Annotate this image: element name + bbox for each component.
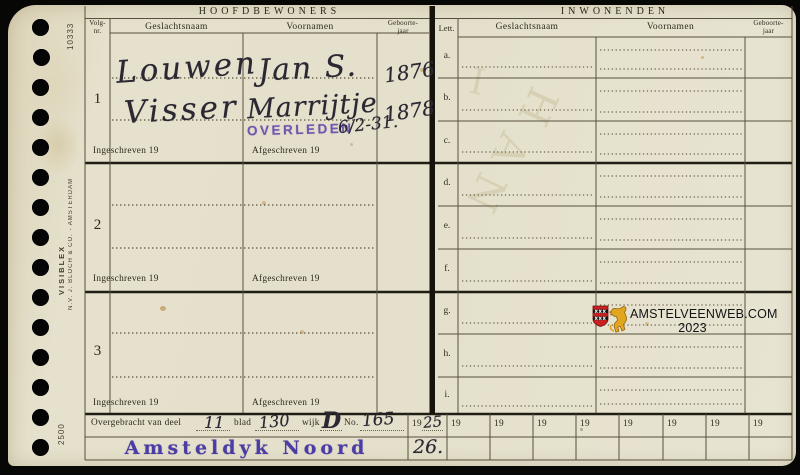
blad-label: blad bbox=[234, 418, 251, 428]
year-cell: 19 bbox=[580, 419, 590, 429]
ingeschreven-text: Ingeschreven 19 bbox=[93, 146, 159, 156]
site-watermark-year: 2023 bbox=[630, 321, 755, 335]
row-letter-b: b. bbox=[437, 93, 457, 103]
handwritten-no: 165 bbox=[361, 409, 395, 431]
afgeschreven-label: Afgeschreven 19 bbox=[252, 146, 320, 156]
section-title-hoofdbewoners: HOOFDBEWONERS bbox=[110, 6, 429, 17]
row-number-1: 1 bbox=[85, 91, 110, 108]
year-cell: 19 bbox=[753, 419, 763, 429]
ingeschreven-text: Ingeschreven 19 bbox=[93, 398, 159, 408]
column-header-geboortejaar-left: Geboorte- jaar bbox=[377, 20, 429, 35]
year-cell-label: 19 bbox=[580, 419, 590, 429]
geboortejaar-line2: jaar bbox=[763, 27, 774, 35]
afgeschreven-text: Afgeschreven 19 bbox=[252, 398, 320, 408]
year-cell-label: 19 bbox=[753, 419, 763, 429]
no-label: No. bbox=[344, 418, 359, 428]
wijk-label: wijk bbox=[302, 418, 320, 428]
column-header-geslachtsnaam-left: Geslachtsnaam bbox=[110, 22, 243, 32]
column-header-lett: Lett. bbox=[435, 23, 458, 33]
year-cell: 19 bbox=[667, 419, 677, 429]
handwritten-firstnames-1: Jan S. bbox=[257, 48, 358, 88]
afgeschreven-label: Afgeschreven 19 bbox=[252, 398, 320, 408]
row-letter-d: d. bbox=[437, 178, 457, 188]
column-header-volgnr: Volg- nr. bbox=[85, 20, 110, 35]
ingeschreven-label: Ingeschreven 19 bbox=[93, 146, 159, 156]
year-cell-label: 19 bbox=[451, 419, 461, 429]
street-stamp: Amsteldyk Noord bbox=[85, 437, 408, 459]
afgeschreven-label: Afgeschreven 19 bbox=[252, 274, 320, 284]
year-cell-label: 19 bbox=[537, 419, 547, 429]
row-letter-f: f. bbox=[437, 264, 457, 274]
site-watermark-name: AMSTELVEENWEB.COM bbox=[630, 307, 778, 321]
year-cell-label: 19 bbox=[710, 419, 720, 429]
handwritten-wijk: D bbox=[322, 408, 341, 434]
registration-card-photo: I H A N 10333 VISIBLEX N.V. J. BLOCH & C… bbox=[0, 0, 800, 475]
year-cell: 19 bbox=[710, 419, 720, 429]
handwritten-deel: 11 bbox=[204, 413, 224, 432]
year-cell-label: 19 bbox=[494, 419, 504, 429]
handwritten-blad: 130 bbox=[258, 411, 290, 433]
volgnr-line2: nr. bbox=[94, 27, 102, 35]
handwritten-year: 25 bbox=[422, 412, 443, 432]
row-letter-g: g. bbox=[437, 306, 457, 316]
row-letter-h: h. bbox=[437, 349, 457, 359]
year-cell-label: 19 bbox=[667, 419, 677, 429]
section-title-inwonenden: INWONENDEN bbox=[438, 6, 792, 17]
column-header-geslachtsnaam-right: Geslachtsnaam bbox=[458, 22, 596, 32]
year-cell: 19 bbox=[451, 419, 461, 429]
year-cell: 19 bbox=[537, 419, 547, 429]
afgeschreven-text: Afgeschreven 19 bbox=[252, 274, 320, 284]
year-cell-label: 19 bbox=[623, 419, 633, 429]
ingeschreven-label: Ingeschreven 19 bbox=[93, 274, 159, 284]
row-letter-i: i. bbox=[437, 390, 457, 400]
ingeschreven-text: Ingeschreven 19 bbox=[93, 274, 159, 284]
handwritten-surname-2: Visser bbox=[123, 89, 239, 131]
column-header-geboortejaar-right: Geboorte- jaar bbox=[745, 20, 792, 35]
year-cell: 19 bbox=[623, 419, 633, 429]
geboortejaar-line2: jaar bbox=[397, 27, 408, 35]
year-cell: 19 bbox=[494, 419, 504, 429]
column-header-voornamen-right: Voornamen bbox=[596, 22, 745, 32]
amstelveen-coat-of-arms bbox=[592, 305, 632, 339]
row-letter-e: e. bbox=[437, 221, 457, 231]
row-letter-c: c. bbox=[437, 136, 457, 146]
row-letter-a: a. bbox=[437, 51, 457, 61]
row-number-3: 3 bbox=[85, 343, 110, 360]
overgebracht-label: Overgebracht van deel bbox=[91, 418, 181, 428]
row-number-2: 2 bbox=[85, 217, 110, 234]
afgeschreven-text: Afgeschreven 19 bbox=[252, 146, 320, 156]
column-header-voornamen-left: Voornamen bbox=[243, 22, 377, 32]
ingeschreven-label: Ingeschreven 19 bbox=[93, 398, 159, 408]
handwritten-house-number: 26. bbox=[413, 436, 443, 458]
year-prefix: 19 bbox=[412, 419, 422, 429]
